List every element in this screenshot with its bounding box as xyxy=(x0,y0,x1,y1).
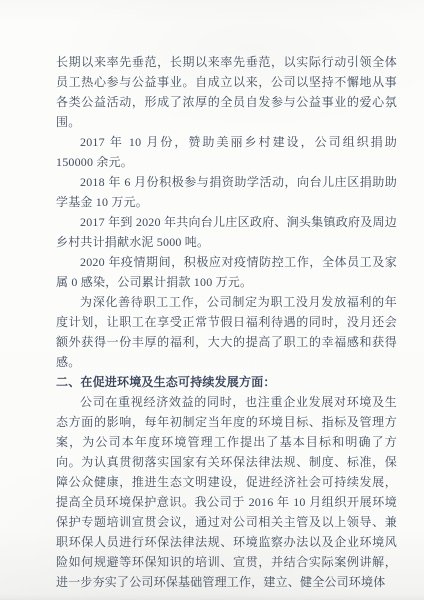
document-body: 长期以来率先垂范，长期以来率先垂范，以实际行动引领全体员工热心参与公益事业。自成… xyxy=(56,52,397,592)
paragraph-donation-2017: 2017 年 10 月份，赞助美丽乡村建设，公司组织捐助 150000 余元。 xyxy=(56,132,397,172)
section-heading-environment: 二、在促进环境及生态可持续发展方面： xyxy=(56,372,397,392)
paragraph-cement-donation: 2017 年到 2020 年共向台儿庄区政府、涧头集镇政府及周边乡村共计捐献水泥… xyxy=(56,212,397,252)
paragraph-continued: 长期以来率先垂范，长期以来率先垂范，以实际行动引领全体员工热心参与公益事业。自成… xyxy=(56,52,397,132)
paragraph-donation-2018: 2018 年 6 月份积极参与捐资助学活动，向台儿庄区捐助助学基金 10 万元。 xyxy=(56,172,397,212)
paragraph-environment-management: 公司在重视经济效益的同时，也注重企业发展对环境及生态方面的影响，每年初制定当年度… xyxy=(56,392,397,592)
scanned-document-page: 长期以来率先垂范，长期以来率先垂范，以实际行动引领全体员工热心参与公益事业。自成… xyxy=(0,0,424,600)
paragraph-pandemic-donation: 2020 年疫情期间，积极应对疫情防控工作，全体员工及家属 0 感染，公司累计捐… xyxy=(56,252,397,292)
paragraph-employee-welfare: 为深化善待职工工作，公司制定为职工没月发放福利的年度计划，让职工在享受正常节假日… xyxy=(56,292,397,372)
